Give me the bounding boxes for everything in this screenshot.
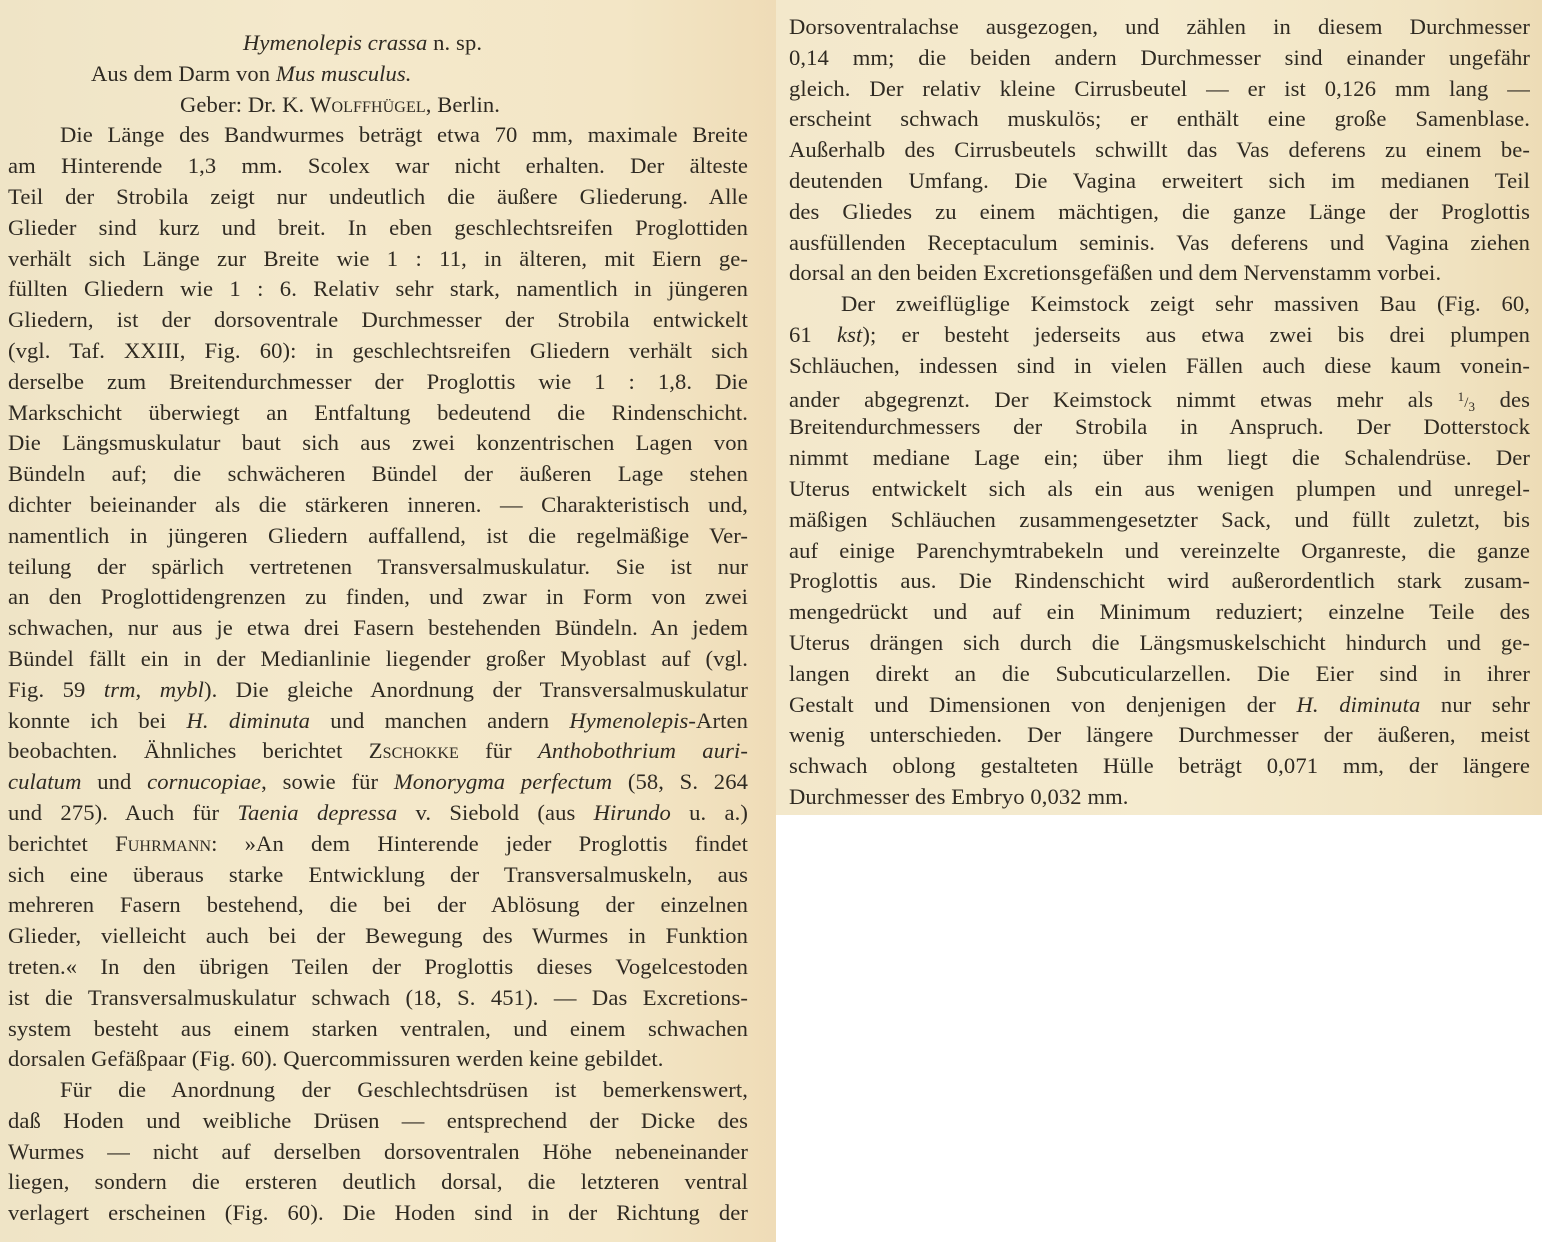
text-line: liegen, sondern die ersteren deutlich do…	[8, 1167, 748, 1198]
text-line: sich eine überaus starke Entwicklung der…	[8, 860, 748, 891]
species-cornucopiae: cornucopiae	[147, 769, 261, 794]
text-line: derselbe zum Breitendurchmesser der Prog…	[8, 367, 748, 398]
species-taenia-depressa: Taenia depressa	[237, 800, 397, 825]
text-line: Markschicht überwiegt an Entfaltung bede…	[8, 398, 748, 429]
text-line: Schläuchen, indessen sind in vielen Fäll…	[789, 351, 1530, 382]
text-run: berichtet	[8, 831, 115, 856]
species-monorygma: Monorygma perfectum	[394, 769, 612, 794]
label-kst: kst	[837, 322, 862, 347]
text-line: daß Hoden und weibliche Drüsen — entspre…	[8, 1106, 748, 1137]
text-line: erscheint schwach muskulös; er enthält e…	[789, 104, 1530, 135]
text-line: Glieder sind kurz und breit. In eben ges…	[8, 213, 748, 244]
text-line: Uterus entwickelt sich als ein aus wenig…	[789, 474, 1530, 505]
text-line: Bündel fällt ein in der Medianlinie lieg…	[8, 644, 748, 675]
text-run: konnte ich bei	[8, 708, 187, 733]
text-run: 61	[789, 322, 837, 347]
left-text-column: Hymenolepis crassa n. sp. Aus dem Darm v…	[8, 28, 748, 1229]
text-line: auf einige Parenchymtrabekeln und verein…	[789, 536, 1530, 567]
text-line: am Hinterende 1,3 mm. Scolex war nicht e…	[8, 151, 748, 182]
text-run: beobachten. Ähnliches berichtet	[8, 738, 369, 763]
text-line: ist die Transversalmuskulatur schwach (1…	[8, 983, 748, 1014]
text-line: Durchmesser des Embryo 0,032 mm.	[789, 782, 1530, 813]
donor-line: Geber: Dr. K. Wolffhügel, Berlin.	[8, 90, 748, 121]
text-line: Uterus drängen sich durch die Längsmuske…	[789, 628, 1530, 659]
text-line: Die Längsmuskulatur baut sich aus zwei k…	[8, 428, 748, 459]
fraction-numerator: 1	[1458, 389, 1465, 404]
text-run: ); er besteht jederseits aus etwa zwei b…	[862, 322, 1530, 347]
right-page: Dorsoventralachse ausgezogen, und zählen…	[776, 0, 1542, 815]
text-line: system besteht aus einem starken ventral…	[8, 1014, 748, 1045]
left-page: Hymenolepis crassa n. sp. Aus dem Darm v…	[0, 0, 776, 1242]
text-line: des Gliedes zu einem mächtigen, die ganz…	[789, 197, 1530, 228]
text-line: Proglottis aus. Die Rindenschicht wird a…	[789, 566, 1530, 597]
label-trm: trm	[104, 677, 136, 702]
donor-prefix: Geber: Dr. K.	[180, 92, 310, 117]
text-line-diminuta: konnte ich bei H. diminuta und manchen a…	[8, 706, 748, 737]
text-line: füllten Gliedern wie 1 : 6. Relativ sehr…	[8, 274, 748, 305]
text-line: Außerhalb des Cirrusbeutels schwillt das…	[789, 135, 1530, 166]
text-line: deutenden Umfang. Die Vagina erweitert s…	[789, 166, 1530, 197]
text-line: Breitendurchmessers der Strobila in Ansp…	[789, 412, 1530, 443]
text-line: mäßigen Schläuchen zusammengesetzter Sac…	[789, 505, 1530, 536]
species-suffix: n. sp.	[427, 30, 482, 55]
text-line-fuhrmann: berichtet Fuhrmann: »An dem Hinterende j…	[8, 829, 748, 860]
text-run: Fig. 59	[8, 677, 104, 702]
text-run: und	[82, 769, 148, 794]
genus-hirundo: Hirundo	[594, 800, 671, 825]
species-h-diminuta: H. diminuta	[187, 708, 311, 733]
text-line: Der zweiflüglige Keimstock zeigt sehr ma…	[789, 289, 1530, 320]
text-run: : »An dem Hinterende jeder Proglottis fi…	[211, 831, 748, 856]
fraction-one-third: 1/3	[1458, 395, 1476, 411]
text-run: v. Siebold (aus	[397, 800, 593, 825]
host-prefix: Aus dem Darm von	[91, 61, 276, 86]
text-line-fraction: ander abgegrenzt. Der Keimstock nimmt et…	[789, 382, 1530, 413]
species-culatum: culatum	[8, 769, 82, 794]
text-run: Gestalt und Dimensionen von denjenigen d…	[789, 692, 1296, 717]
text-line: schwachen, nur aus je etwa drei Fasern b…	[8, 613, 748, 644]
text-run: ,	[136, 677, 160, 702]
text-run: -Arten	[688, 708, 748, 733]
text-line: Teil der Strobila zeigt nur undeutlich d…	[8, 182, 748, 213]
text-line: ausfüllenden Receptaculum seminis. Vas d…	[789, 228, 1530, 259]
text-run: des	[1475, 387, 1530, 412]
text-line-taenia: und 275). Auch für Taenia depressa v. Si…	[8, 798, 748, 829]
text-line: schwach oblong gestalteten Hülle beträgt…	[789, 751, 1530, 782]
text-line: nimmt mediane Lage ein; über ihm liegt d…	[789, 443, 1530, 474]
text-line-zschokke: beobachten. Ähnliches berichtet Zschokke…	[8, 736, 748, 767]
text-line: verlagert erscheinen (Fig. 60). Die Hode…	[8, 1198, 748, 1229]
text-line: gleich. Der relativ kleine Cirrusbeutel …	[789, 74, 1530, 105]
species-anthobothrium: Anthobothrium auri-	[538, 738, 748, 763]
text-line: verhält sich Länge zur Breite wie 1 : 11…	[8, 244, 748, 275]
species-name: Hymenolepis crassa	[243, 30, 427, 55]
text-line-gestalt: Gestalt und Dimensionen von denjenigen d…	[789, 690, 1530, 721]
genus-hymenolepis: Hymenolepis	[569, 708, 688, 733]
text-run: und manchen andern	[310, 708, 569, 733]
text-line: treten.« In den übrigen Teilen der Progl…	[8, 952, 748, 983]
text-run: , sowie für	[261, 769, 394, 794]
text-line: 0,14 mm; die beiden andern Durchmesser s…	[789, 43, 1530, 74]
text-line: Für die Anordnung der Geschlechtsdrüsen …	[8, 1075, 748, 1106]
text-line-kst: 61 kst); er besteht jederseits aus etwa …	[789, 320, 1530, 351]
text-run: für	[459, 738, 538, 763]
text-line: mengedrückt und auf ein Minimum reduzier…	[789, 597, 1530, 628]
text-line: teilung der spärlich vertretenen Transve…	[8, 552, 748, 583]
species-h-diminuta: H. diminuta	[1296, 692, 1420, 717]
text-line: dorsal an den beiden Excretionsgefäßen u…	[789, 258, 1530, 289]
species-heading: Hymenolepis crassa n. sp.	[8, 28, 748, 59]
text-line: Bündeln auf; die schwächeren Bündel der …	[8, 459, 748, 490]
text-run: ). Die gleiche Anordnung der Transversal…	[204, 677, 748, 702]
donor-name: Wolffhügel	[310, 92, 426, 117]
right-text-column: Dorsoventralachse ausgezogen, und zählen…	[789, 12, 1530, 813]
host-name: Mus musculus.	[276, 61, 412, 86]
text-line-culatum: culatum und cornucopiae, sowie für Monor…	[8, 767, 748, 798]
text-run: (58, S. 264	[612, 769, 748, 794]
text-line: Dorsoventralachse ausgezogen, und zählen…	[789, 12, 1530, 43]
host-line: Aus dem Darm von Mus musculus.	[8, 59, 748, 90]
text-run: nur sehr	[1420, 692, 1530, 717]
author-zschokke: Zschokke	[369, 738, 459, 763]
text-line: dichter beieinander als die stärkeren in…	[8, 490, 748, 521]
text-line: an den Proglottidengrenzen zu finden, un…	[8, 582, 748, 613]
donor-suffix: , Berlin.	[426, 92, 500, 117]
label-mybl: mybl	[160, 677, 204, 702]
text-line: mehreren Fasern bestehend, die bei der A…	[8, 890, 748, 921]
text-line: (vgl. Taf. XXIII, Fig. 60): in geschlech…	[8, 336, 748, 367]
text-line: Die Länge des Bandwurmes beträgt etwa 70…	[8, 120, 748, 151]
text-line: Gliedern, ist der dorsoventrale Durchmes…	[8, 305, 748, 336]
text-line: Glieder, vielleicht auch bei der Bewegun…	[8, 921, 748, 952]
text-run: und 275). Auch für	[8, 800, 237, 825]
text-line: dorsalen Gefäßpaar (Fig. 60). Quercommis…	[8, 1044, 748, 1075]
text-line-fig59: Fig. 59 trm, mybl). Die gleiche Anordnun…	[8, 675, 748, 706]
text-run: ander abgegrenzt. Der Keimstock nimmt et…	[789, 387, 1458, 412]
text-line: Wurmes — nicht auf derselben dorsoventra…	[8, 1137, 748, 1168]
text-line: namentlich in jüngeren Gliedern auffalle…	[8, 521, 748, 552]
text-line: langen direkt an die Subcuticularzellen.…	[789, 659, 1530, 690]
text-line: wenig unterschieden. Der längere Durchme…	[789, 720, 1530, 751]
author-fuhrmann: Fuhrmann	[115, 831, 211, 856]
text-run: u. a.)	[671, 800, 748, 825]
